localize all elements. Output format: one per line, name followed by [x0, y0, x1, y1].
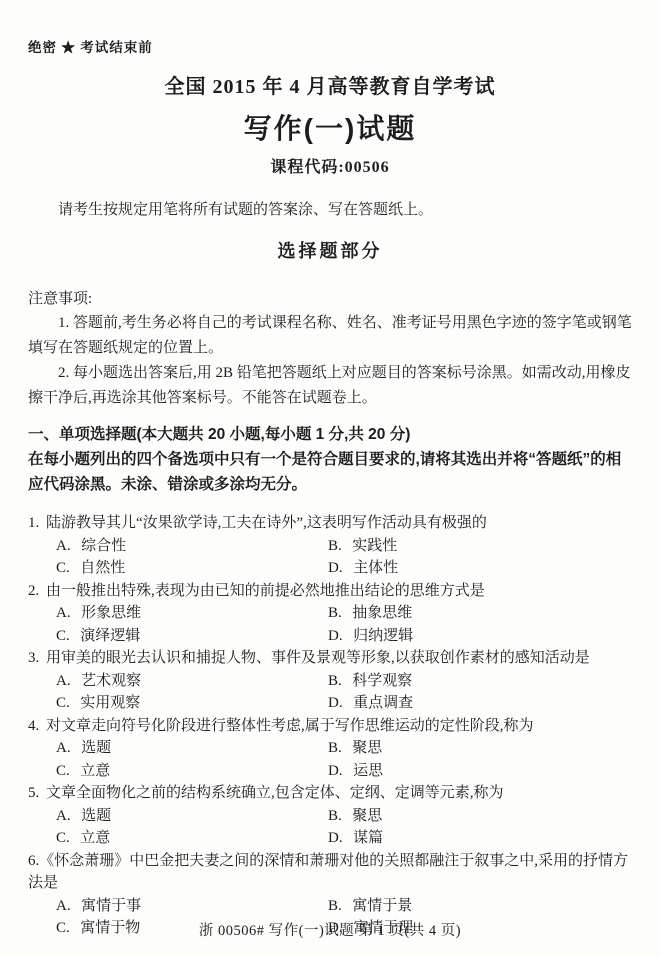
- option-text: 聚思: [352, 808, 382, 824]
- option-label: B.: [328, 673, 342, 689]
- question-number: 6.: [28, 853, 39, 869]
- question-3: 3.用审美的眼光去认识和捕捉人物、事件及景观等形象,以获取创作素材的感知活动是 …: [28, 647, 632, 715]
- note-item-2: 2. 每小题选出答案后,用 2B 铅笔把答题纸上对应题目的答案标号涂黑。如需改动…: [28, 361, 632, 411]
- option-label: D.: [328, 695, 343, 711]
- option-a: A.选题: [56, 805, 328, 828]
- option-text: 演绎逻辑: [80, 628, 140, 644]
- option-label: B.: [328, 898, 342, 914]
- option-label: B.: [328, 538, 342, 554]
- option-text: 寓情于景: [352, 898, 412, 914]
- option-text: 聚思: [352, 740, 382, 756]
- option-text: 主体性: [353, 560, 398, 576]
- option-label: A.: [56, 740, 71, 756]
- option-text: 自然性: [80, 560, 125, 576]
- option-label: A.: [56, 605, 71, 621]
- option-row: C.演绎逻辑 D.归纳逻辑: [56, 625, 632, 648]
- option-row: C.立意 D.谋篇: [56, 827, 632, 850]
- option-row: C.自然性 D.主体性: [56, 557, 632, 580]
- option-c: C.演绎逻辑: [56, 625, 328, 648]
- option-row: C.立意 D.运思: [56, 760, 632, 783]
- option-c: C.自然性: [56, 557, 328, 580]
- option-text: 选题: [81, 740, 111, 756]
- option-text: 立意: [80, 763, 110, 779]
- option-row: A.寓情于事 B.寓情于景: [56, 895, 632, 918]
- question-stem: 3.用审美的眼光去认识和捕捉人物、事件及景观等形象,以获取创作素材的感知活动是: [28, 647, 632, 670]
- option-text: 寓情于事: [81, 898, 141, 914]
- option-b: B.聚思: [328, 737, 632, 760]
- paper-title: 写作(一)试题: [28, 107, 632, 147]
- option-b: B.实践性: [328, 535, 632, 558]
- option-text: 谋篇: [353, 830, 383, 846]
- classification-banner: 绝密 ★ 考试结束前: [28, 36, 632, 56]
- option-d: D.重点调查: [328, 692, 632, 715]
- part-instruction: 在每小题列出的四个备选项中只有一个是符合题目要求的,请将其选出并将“答题纸”的相…: [28, 447, 632, 497]
- option-b: B.寓情于景: [328, 895, 632, 918]
- question-number: 4.: [28, 718, 39, 734]
- question-text: 用审美的眼光去认识和捕捉人物、事件及景观等形象,以获取创作素材的感知活动是: [46, 650, 590, 666]
- page-footer: 浙 00506# 写作(一)试题 第 1 页(共 4 页): [0, 919, 660, 940]
- question-stem: 6.《怀念萧珊》中巴金把夫妻之间的深情和萧珊对他的关照都融注于叙事之中,采用的抒…: [28, 850, 632, 895]
- question-number: 5.: [28, 785, 39, 801]
- option-b: B.科学观察: [328, 670, 632, 693]
- section-title: 选择题部分: [28, 237, 632, 263]
- option-a: A.综合性: [56, 535, 328, 558]
- option-b: B.聚思: [328, 805, 632, 828]
- option-label: B.: [328, 740, 342, 756]
- course-code: 课程代码:00506: [28, 154, 632, 177]
- option-text: 重点调查: [353, 695, 413, 711]
- notes-title: 注意事项:: [28, 287, 632, 311]
- option-label: D.: [328, 628, 343, 644]
- option-row: A.艺术观察 B.科学观察: [56, 670, 632, 693]
- option-label: C.: [56, 763, 70, 779]
- option-text: 运思: [353, 763, 383, 779]
- exam-title: 全国 2015 年 4 月高等教育自学考试: [28, 70, 632, 99]
- option-row: C.实用观察 D.重点调查: [56, 692, 632, 715]
- option-label: B.: [328, 605, 342, 621]
- option-label: D.: [328, 560, 343, 576]
- question-text: 由一般推出特殊,表现为由已知的前提必然地推出结论的思维方式是: [46, 583, 485, 599]
- question-text: 对文章走向符号化阶段进行整体性考虑,属于写作思维运动的定性阶段,称为: [46, 718, 534, 734]
- option-text: 抽象思维: [352, 605, 412, 621]
- question-number: 3.: [28, 650, 39, 666]
- option-row: A.选题 B.聚思: [56, 737, 632, 760]
- option-text: 综合性: [81, 538, 126, 554]
- option-d: D.主体性: [328, 557, 632, 580]
- question-1: 1.陆游教导其儿“汝果欲学诗,工夫在诗外”,这表明写作活动具有极强的 A.综合性…: [28, 512, 632, 580]
- option-d: D.谋篇: [328, 827, 632, 850]
- option-b: B.抽象思维: [328, 602, 632, 625]
- question-text: 陆游教导其儿“汝果欲学诗,工夫在诗外”,这表明写作活动具有极强的: [46, 515, 487, 531]
- part-heading: 一、单项选择题(本大题共 20 小题,每小题 1 分,共 20 分): [28, 423, 632, 447]
- option-text: 艺术观察: [81, 673, 141, 689]
- question-number: 2.: [28, 583, 39, 599]
- option-label: A.: [56, 808, 71, 824]
- question-stem: 1.陆游教导其儿“汝果欲学诗,工夫在诗外”,这表明写作活动具有极强的: [28, 512, 632, 535]
- option-a: A.选题: [56, 737, 328, 760]
- option-c: C.立意: [56, 827, 328, 850]
- question-number: 1.: [28, 515, 39, 531]
- option-label: D.: [328, 763, 343, 779]
- option-label: C.: [56, 628, 70, 644]
- option-label: C.: [56, 560, 70, 576]
- option-label: B.: [328, 808, 342, 824]
- exam-page: 绝密 ★ 考试结束前 全国 2015 年 4 月高等教育自学考试 写作(一)试题…: [0, 0, 660, 956]
- option-row: A.形象思维 B.抽象思维: [56, 602, 632, 625]
- option-label: C.: [56, 695, 70, 711]
- option-a: A.寓情于事: [56, 895, 328, 918]
- option-d: D.归纳逻辑: [328, 625, 632, 648]
- question-5: 5.文章全面物化之前的结构系统确立,包含定体、定纲、定调等元素,称为 A.选题 …: [28, 782, 632, 850]
- option-label: C.: [56, 830, 70, 846]
- question-stem: 2.由一般推出特殊,表现为由已知的前提必然地推出结论的思维方式是: [28, 580, 632, 603]
- option-text: 实用观察: [80, 695, 140, 711]
- option-label: D.: [328, 830, 343, 846]
- option-a: A.形象思维: [56, 602, 328, 625]
- note-item-1: 1. 答题前,考生务必将自己的考试课程名称、姓名、准考证号用黑色字迹的签字笔或钢…: [28, 311, 632, 361]
- option-text: 选题: [81, 808, 111, 824]
- question-text: 《怀念萧珊》中巴金把夫妻之间的深情和萧珊对他的关照都融注于叙事之中,采用的抒情方…: [28, 853, 628, 892]
- option-text: 形象思维: [81, 605, 141, 621]
- question-stem: 4.对文章走向符号化阶段进行整体性考虑,属于写作思维运动的定性阶段,称为: [28, 715, 632, 738]
- option-text: 归纳逻辑: [353, 628, 413, 644]
- question-stem: 5.文章全面物化之前的结构系统确立,包含定体、定纲、定调等元素,称为: [28, 782, 632, 805]
- option-c: C.立意: [56, 760, 328, 783]
- option-c: C.实用观察: [56, 692, 328, 715]
- option-label: A.: [56, 673, 71, 689]
- option-label: A.: [56, 898, 71, 914]
- option-a: A.艺术观察: [56, 670, 328, 693]
- option-d: D.运思: [328, 760, 632, 783]
- question-list: 1.陆游教导其儿“汝果欲学诗,工夫在诗外”,这表明写作活动具有极强的 A.综合性…: [28, 512, 632, 940]
- question-2: 2.由一般推出特殊,表现为由已知的前提必然地推出结论的思维方式是 A.形象思维 …: [28, 580, 632, 648]
- option-row: A.选题 B.聚思: [56, 805, 632, 828]
- option-row: A.综合性 B.实践性: [56, 535, 632, 558]
- question-text: 文章全面物化之前的结构系统确立,包含定体、定纲、定调等元素,称为: [46, 785, 504, 801]
- answer-instruction: 请考生按规定用笔将所有试题的答案涂、写在答题纸上。: [28, 199, 632, 221]
- option-label: A.: [56, 538, 71, 554]
- option-text: 科学观察: [352, 673, 412, 689]
- option-text: 实践性: [352, 538, 397, 554]
- question-4: 4.对文章走向符号化阶段进行整体性考虑,属于写作思维运动的定性阶段,称为 A.选…: [28, 715, 632, 783]
- option-text: 立意: [80, 830, 110, 846]
